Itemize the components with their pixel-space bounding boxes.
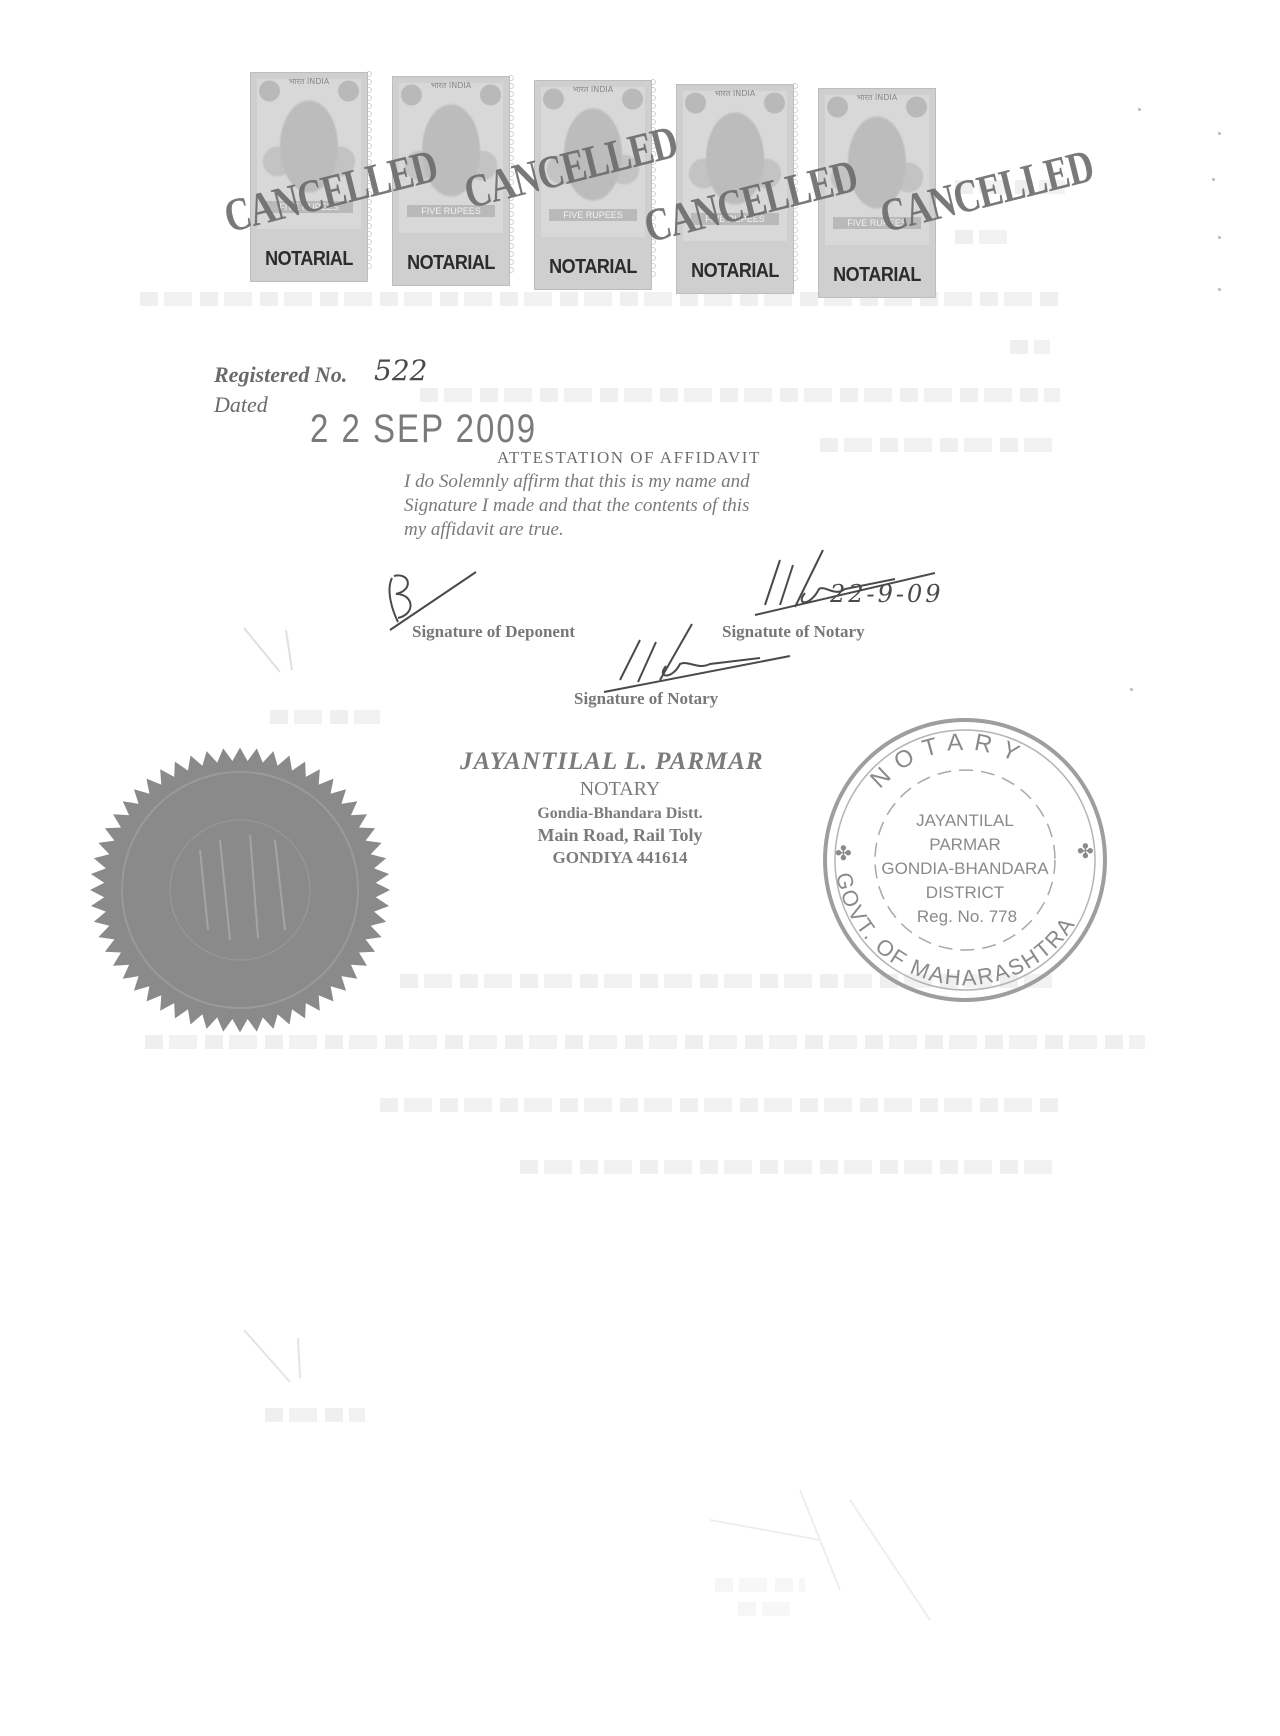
embossed-seal bbox=[80, 740, 400, 1040]
seal-line: Reg. No. 778 bbox=[917, 907, 1017, 926]
stamp-overprint: NOTARIAL bbox=[251, 246, 367, 270]
seal-line: PARMAR bbox=[929, 835, 1000, 854]
ghost-line bbox=[420, 388, 1060, 402]
registered-number: 522 bbox=[374, 354, 427, 387]
flower-icon: ✤ bbox=[1077, 841, 1094, 863]
attestation-line: I do Solemnly affirm that this is my nam… bbox=[404, 470, 884, 494]
notary-title: NOTARY bbox=[460, 778, 780, 801]
notary-name: JAYANTILAL L. PARMAR bbox=[460, 748, 820, 776]
ghost-stamp bbox=[700, 1480, 960, 1630]
dated-label: Dated bbox=[214, 392, 268, 418]
date-stamp: 2 2 SEP 2009 bbox=[310, 406, 537, 452]
stamp-overprint: NOTARIAL bbox=[393, 250, 509, 274]
notary-rubber-seal: NOTARY GOVT. OF MAHARASHTRA ✤ ✤ JAYANTIL… bbox=[795, 710, 1135, 1020]
ghost-line bbox=[380, 1098, 1060, 1112]
notary-handwritten-date: 22-9-09 bbox=[830, 580, 944, 608]
stamp-country: भारत INDIA bbox=[819, 92, 935, 103]
notary-address-block: JAYANTILAL L. PARMAR NOTARY Gondia-Bhand… bbox=[460, 748, 820, 868]
stamp-strip: भारत INDIA FIVE RUPEES NOTARIAL भारत IND… bbox=[250, 60, 990, 300]
attestation-line: Signature I made and that the contents o… bbox=[404, 494, 884, 518]
seal-line: DISTRICT bbox=[926, 883, 1004, 902]
notary-signature-label: Signature of Notary bbox=[574, 689, 718, 709]
seal-line: GONDIA-BHANDARA bbox=[881, 859, 1049, 878]
stamp-country: भारत INDIA bbox=[393, 80, 509, 91]
registered-no-label: Registered No. bbox=[214, 362, 347, 388]
notary-city: GONDIYA 441614 bbox=[460, 848, 780, 868]
seal-top-arc: NOTARY bbox=[865, 729, 1032, 794]
flower-icon: ✤ bbox=[835, 843, 852, 865]
notary-district: Gondia-Bhandara Distt. bbox=[460, 805, 780, 823]
attestation-title: ATTESTATION OF AFFIDAVIT bbox=[497, 448, 761, 468]
ghost-signature bbox=[240, 620, 330, 680]
ghost-line bbox=[820, 438, 1060, 452]
ghost-line bbox=[270, 710, 380, 724]
deponent-signature-label: Signature of Deponent bbox=[412, 622, 575, 642]
stamp-country: भारत INDIA bbox=[251, 76, 367, 87]
stamp-country: भारत INDIA bbox=[535, 84, 651, 95]
ghost-line bbox=[520, 1160, 1060, 1174]
notary-signature bbox=[600, 620, 800, 700]
attestation-body: I do Solemnly affirm that this is my nam… bbox=[404, 470, 884, 542]
seal-line: JAYANTILAL bbox=[916, 811, 1014, 830]
stamp-overprint: NOTARIAL bbox=[819, 262, 935, 286]
attestation-line: my affidavit are true. bbox=[404, 518, 884, 542]
ghost-line bbox=[1010, 340, 1050, 354]
svg-text:NOTARY: NOTARY bbox=[865, 729, 1032, 794]
notary-address: Main Road, Rail Toly bbox=[460, 825, 780, 846]
stamp-country: भारत INDIA bbox=[677, 88, 793, 99]
stamp-denomination: FIVE RUPEES bbox=[549, 209, 637, 221]
ghost-line bbox=[265, 1408, 365, 1422]
stamp-overprint: NOTARIAL bbox=[677, 258, 793, 282]
stamp-overprint: NOTARIAL bbox=[535, 254, 651, 278]
ghost-signature bbox=[240, 1320, 330, 1390]
